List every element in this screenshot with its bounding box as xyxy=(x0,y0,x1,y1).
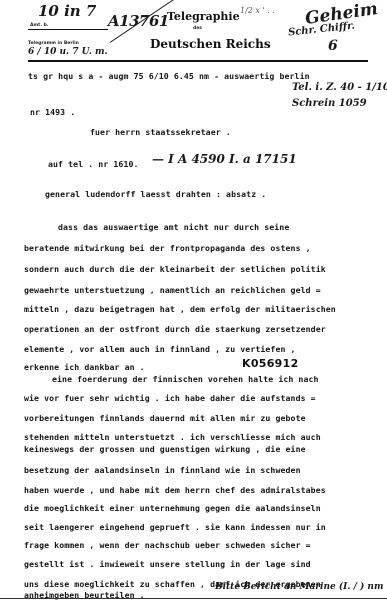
handwritten-margin-note-2: Schrein 1059 xyxy=(292,98,367,109)
faint-annotation-top: 1/2 x ' . . xyxy=(240,6,275,15)
addressee-line: fuer herrn staatssekretaer . xyxy=(90,127,231,137)
paragraph-2-line: haben wuerde , und habe mit dem herrn ch… xyxy=(24,485,326,495)
paragraph-1-line: mitteln , dazu beigetragen hat , dem erf… xyxy=(24,304,336,314)
form-label-amt: Amt. b. xyxy=(30,23,49,28)
paragraph-1-line: erkenne ich dankbar an . xyxy=(24,362,145,372)
telegram-number: nr 1493 . xyxy=(30,107,75,117)
subject-line: general ludendorff laesst drahten : absa… xyxy=(45,189,266,199)
reference-line: auf tel . nr 1610. xyxy=(48,159,139,169)
paragraph-1-line: elemente , vor allem auch in finnland , … xyxy=(24,344,296,354)
bottom-rule xyxy=(0,598,387,599)
paragraph-2-line: die moeglichkeit einer unternehmung gege… xyxy=(24,503,321,513)
paragraph-2-line: wie vor fuer sehr wichtig . ich habe dah… xyxy=(24,393,316,403)
handwritten-cipher-note: Schr. Chiffr. xyxy=(288,21,356,39)
form-title-connector: des xyxy=(193,26,202,31)
paragraph-2-line: stehenden mitteln unterstuetzt . ich ver… xyxy=(24,432,321,442)
handwritten-file-number: A13761 xyxy=(108,12,169,30)
form-underline-1 xyxy=(28,29,108,30)
paragraph-2-line: vorbereitungen finnlands dauernd mit all… xyxy=(24,413,306,423)
handwritten-receipt-time: 6 / 10 u. 7 U. m. xyxy=(28,47,108,57)
form-header-rule xyxy=(28,60,368,62)
paragraph-1-line: dass das auswaertige amt nicht nur durch… xyxy=(58,222,289,232)
handwritten-reference-number: — I A 4590 I. a 17151 xyxy=(152,152,297,166)
handwritten-page-mark: 6 xyxy=(328,38,338,54)
handwritten-closing-note: Bitte Bericht an Marine (I. / ) nm xyxy=(215,582,384,592)
paragraph-2-line: keineswegs der grossen und guenstigen wi… xyxy=(24,444,306,454)
paragraph-1-line: gewaehrte unterstuetzung , namentlich an… xyxy=(24,285,321,295)
telegram-document: 10 in 7 A13761 Amt. b. Telegramm in Berl… xyxy=(0,0,387,600)
form-label-telegramm: Telegramm in Berlin xyxy=(28,41,79,46)
paragraph-2-line: besetzung der aalandsinseln in finnland … xyxy=(24,465,301,475)
routing-line: ts gr hqu s a - augm 75 6/10 6.45 nm - a… xyxy=(28,71,310,81)
paragraph-2-line: seit laengerer eingehend geprueft . sie … xyxy=(24,522,326,532)
paragraph-2-line: eine foerderung der finnischen vorehen h… xyxy=(52,374,319,384)
form-title-telegraphie: Telegraphie xyxy=(167,10,240,23)
archive-stamp-number: K056912 xyxy=(242,357,299,370)
paragraph-2-line: gestellt ist . inwieweit unsere stellung… xyxy=(24,559,311,569)
paragraph-1-line: sondern auch durch die der kleinarbeit d… xyxy=(24,264,326,274)
form-title-deutschen-reichs: Deutschen Reichs xyxy=(150,37,271,51)
handwritten-margin-note-1: Tel. i. Z. 40 - 1/10 xyxy=(292,82,387,93)
paragraph-2-line: frage kommen , wenn der nachschub ueber … xyxy=(24,540,311,550)
paragraph-1-line: operationen an der ostfront durch die st… xyxy=(24,324,326,334)
handwritten-date-annotation: 10 in 7 xyxy=(38,2,96,20)
paragraph-1-line: beratende mitwirkung bei der frontpropag… xyxy=(24,243,311,253)
